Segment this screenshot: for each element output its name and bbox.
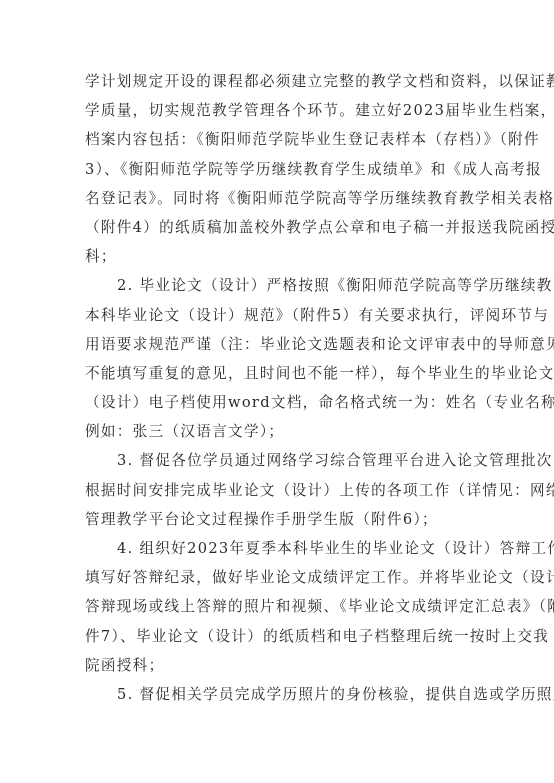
text-line: 件7）、毕业论文（设计）的纸质档和电子档整理后统一按时上交我 — [85, 622, 475, 651]
document-page: 学计划规定开设的课程都必须建立完整的教学文档和资料，以保证教 学质量，切实规范教… — [0, 0, 554, 783]
text-line: 档案内容包括：《衡阳师范学院毕业生登记表样本（存档）》（附件 — [85, 125, 475, 154]
text-line: 不能填写重复的意见，且时间也不能一样），每个毕业生的毕业论文 — [85, 359, 475, 388]
text-line: 科； — [85, 242, 475, 271]
item-3-heading-line: 3. 督促各位学员通过网络学习综合管理平台进入论文管理批次， — [85, 446, 475, 475]
text-line: （附件4）的纸质稿加盖校外教学点公章和电子稿一并报送我院函授 — [85, 213, 475, 242]
text-line: 学计划规定开设的课程都必须建立完整的教学文档和资料，以保证教 — [85, 67, 475, 96]
text-line: 用语要求规范严谨（注：毕业论文选题表和论文评审表中的导师意见 — [85, 330, 475, 359]
text-line: 学质量，切实规范教学管理各个环节。建立好2023届毕业生档案， — [85, 96, 475, 125]
item-4-heading-line: 4. 组织好2023年夏季本科毕业生的毕业论文（设计）答辩工作， — [85, 534, 475, 563]
text-line: 名登记表》。同时将《衡阳师范学院高等学历继续教育教学相关表格》 — [85, 184, 475, 213]
text-line: （设计）电子档使用word文档，命名格式统一为：姓名（专业名称）， — [85, 388, 475, 417]
text-line: 答辩现场或线上答辩的照片和视频、《毕业论文成绩评定汇总表》（附 — [85, 592, 475, 621]
text-line: 院函授科； — [85, 651, 475, 680]
text-line: 例如：张三（汉语言文学）； — [85, 417, 475, 446]
item-2-heading-line: 2. 毕业论文（设计）严格按照《衡阳师范学院高等学历继续教育 — [85, 271, 475, 300]
text-line: 本科毕业论文（设计）规范》（附件5）有关要求执行，评阅环节与 — [85, 301, 475, 330]
text-line: 3）、《衡阳师范学院等学历继续教育学生成绩单》和《成人高考报 — [85, 155, 475, 184]
document-body: 学计划规定开设的课程都必须建立完整的教学文档和资料，以保证教 学质量，切实规范教… — [85, 67, 475, 709]
text-line: 管理教学平台论文过程操作手册学生版（附件6）； — [85, 505, 475, 534]
text-line: 填写好答辩纪录，做好毕业论文成绩评定工作。并将毕业论文（设计） — [85, 563, 475, 592]
text-line: 根据时间安排完成毕业论文（设计）上传的各项工作（详情见：网络 — [85, 476, 475, 505]
item-5-heading-line: 5. 督促相关学员完成学历照片的身份核验，提供自选或学历照片 — [85, 680, 475, 709]
